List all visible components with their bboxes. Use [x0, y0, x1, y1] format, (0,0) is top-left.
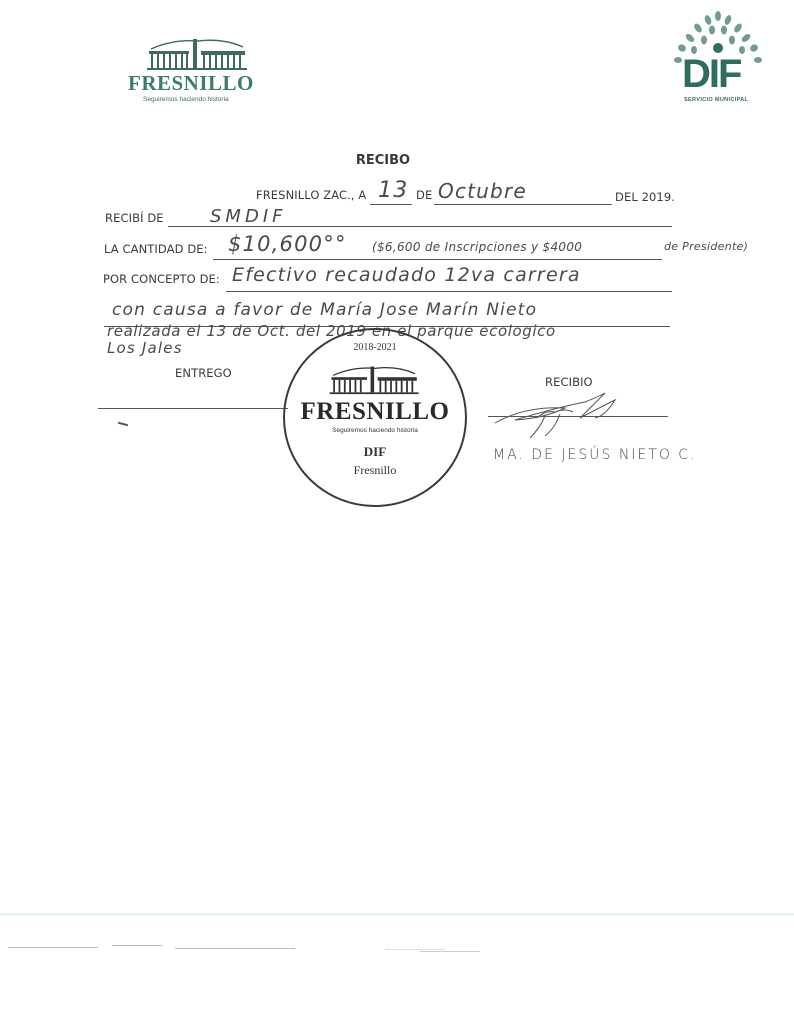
dif-logo-subtitle: SERVICIO MUNICIPAL — [684, 97, 748, 103]
concept-line-2: con causa a favor de María Jose Marín Ni… — [112, 300, 537, 320]
amount-value: $10,600°° — [228, 232, 347, 256]
official-stamp: 2018-2021 FRESNILLO Seguiremos haciendo … — [283, 328, 467, 507]
faint-line — [385, 949, 445, 950]
dif-logo: DIF SERVICIO MUNICIPAL — [668, 10, 768, 105]
monument-icon — [143, 35, 253, 71]
fresnillo-logo: FRESNILLO Seguiremos haciendo historia — [125, 35, 265, 107]
receiver-name: MA. DE JESÚS NIETO C. — [493, 447, 697, 463]
day-underline — [370, 204, 412, 205]
amount-detail: ($6,600 de Inscripciones y $4000 — [372, 240, 582, 254]
faint-line — [175, 948, 295, 949]
stamp-city: Fresnillo — [285, 463, 465, 478]
concept-underline-1 — [226, 291, 672, 292]
faint-line — [8, 947, 98, 948]
received-from-value: SMDIF — [210, 206, 286, 227]
month-label: DE — [416, 188, 432, 202]
signature-scribble — [485, 388, 635, 443]
scan-edge-band — [0, 913, 794, 916]
dif-logo-text: DIF — [682, 52, 740, 97]
faint-line — [112, 945, 162, 946]
faint-line — [420, 951, 480, 952]
delivered-label: ENTREGO — [175, 366, 232, 380]
receipt-title: RECIBO — [0, 153, 794, 168]
stamp-tagline: Seguiremos haciendo historia — [285, 427, 465, 434]
month-underline — [434, 204, 612, 205]
place-label: FRESNILLO ZAC., A — [256, 188, 366, 202]
amount-label: LA CANTIDAD DE: — [104, 242, 208, 256]
stamp-monument-icon — [325, 363, 425, 395]
received-from-underline — [168, 226, 672, 227]
stamp-period: 2018-2021 — [285, 342, 465, 353]
day-value: 13 — [378, 178, 408, 203]
concept-line-1: Efectivo recaudado 12va carrera — [232, 264, 581, 286]
ink-mark — [118, 422, 128, 427]
fresnillo-logo-text: FRESNILLO — [128, 71, 254, 96]
received-label: RECIBIO — [545, 375, 593, 389]
stamp-name: FRESNILLO — [285, 398, 465, 426]
month-value: Octubre — [438, 179, 527, 203]
concept-label: POR CONCEPTO DE: — [103, 272, 220, 286]
amount-detail-tail: de Presidente) — [664, 240, 748, 253]
amount-underline — [213, 259, 662, 260]
stamp-org: DIF — [285, 444, 465, 460]
delivered-signature-line — [98, 408, 288, 409]
fresnillo-logo-tagline: Seguiremos haciendo historia — [143, 96, 229, 103]
year-label: DEL 2019. — [615, 190, 675, 204]
received-from-label: RECIBÍ DE — [105, 211, 164, 225]
concept-line-4: Los Jales — [107, 339, 183, 357]
